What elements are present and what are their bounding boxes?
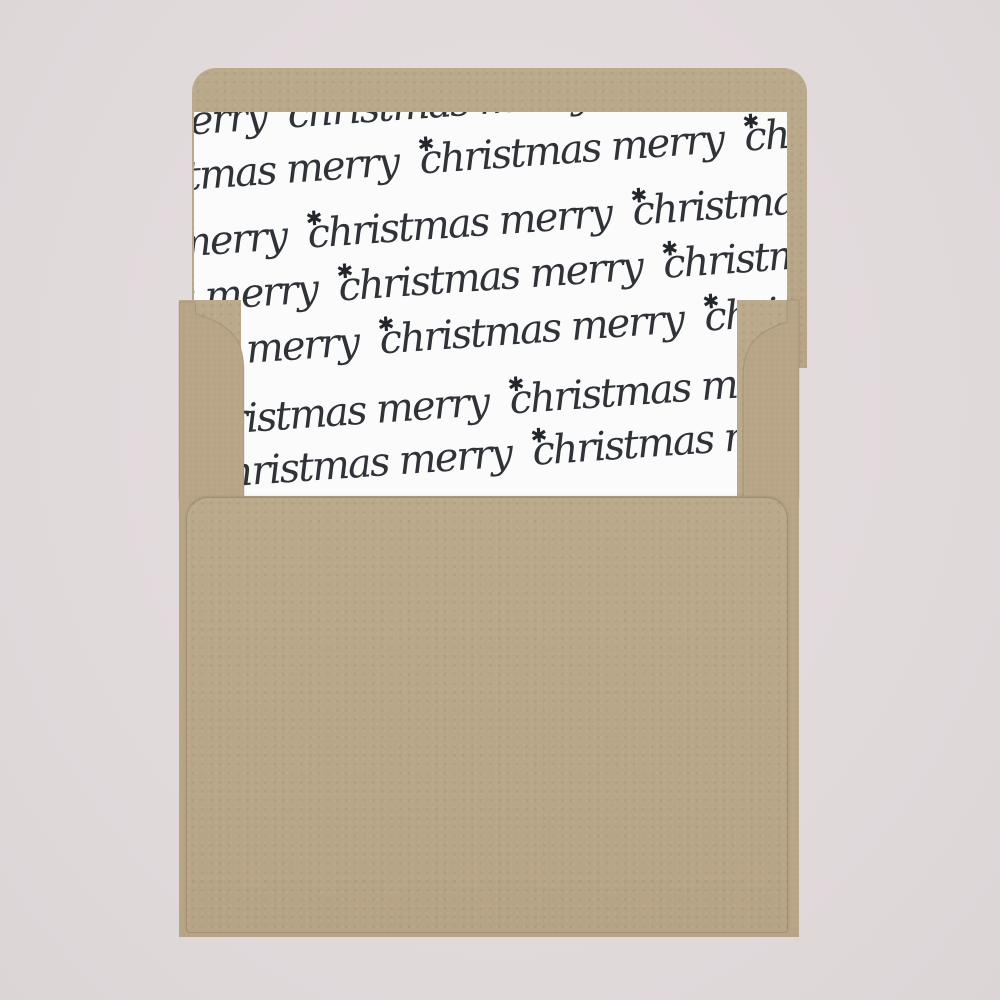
envelope: merry ✱christmas merry ✱christmas merry …	[0, 0, 1000, 1000]
right-side-flap	[743, 300, 799, 500]
left-side-flap	[179, 302, 244, 500]
envelope-front-pocket	[186, 497, 788, 933]
